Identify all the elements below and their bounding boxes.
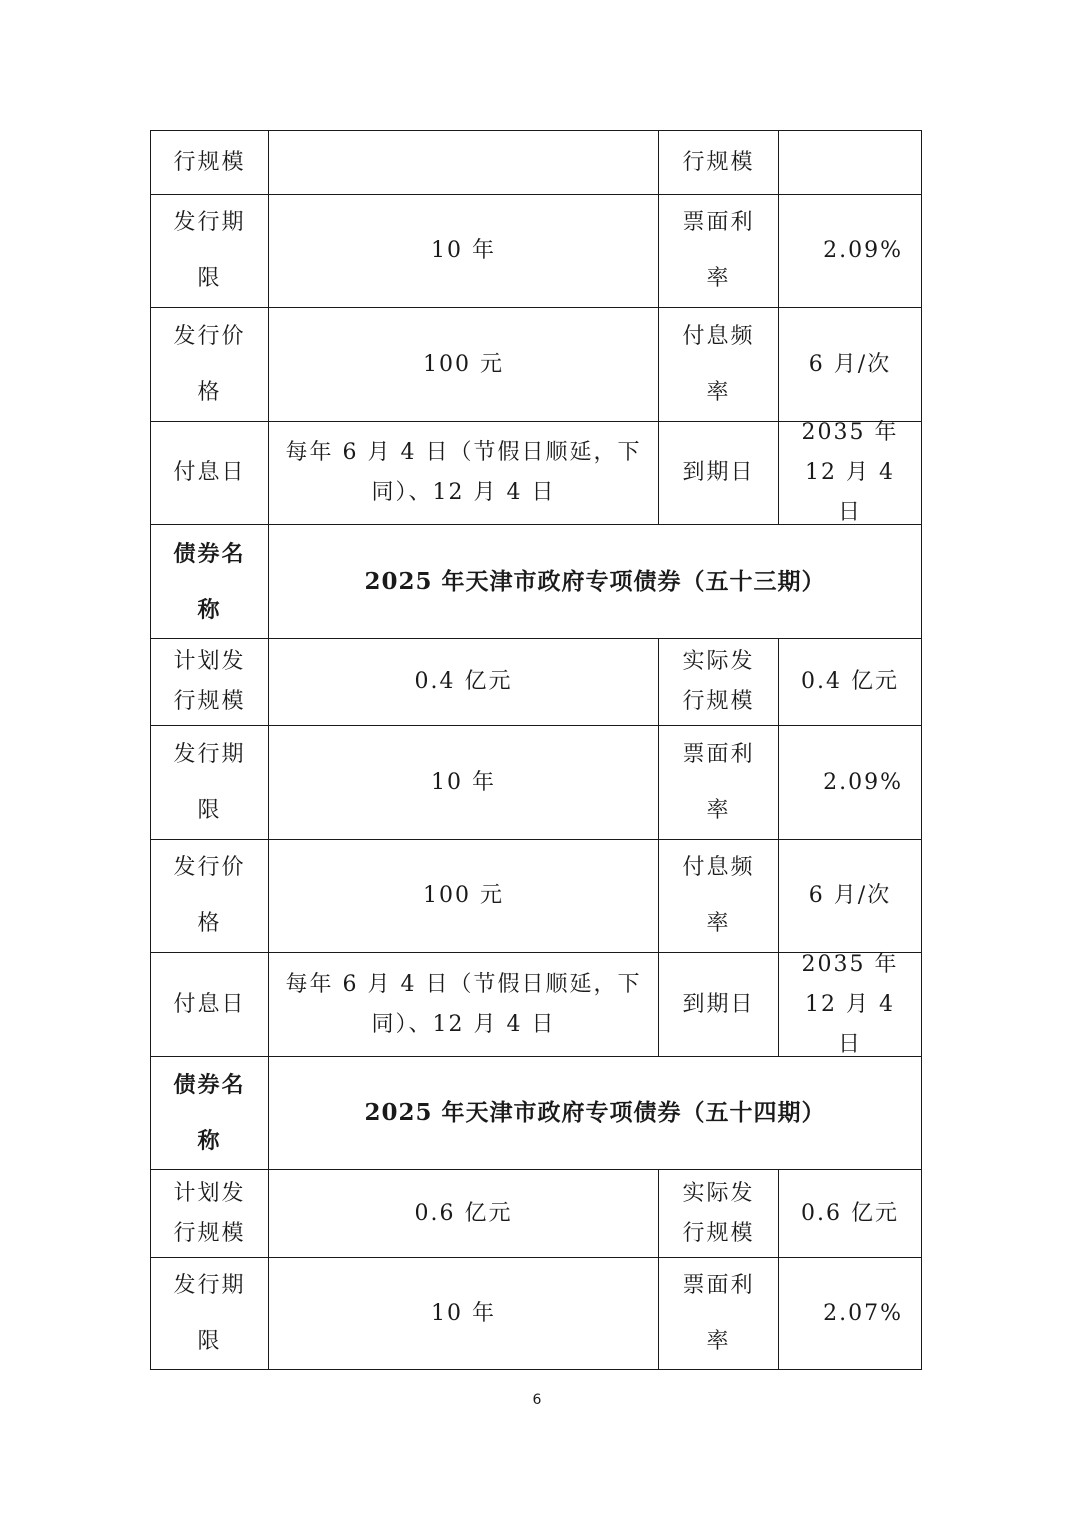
label-cell: 计划发行规模 — [150, 1169, 268, 1257]
value-cell: 10 年 — [268, 725, 658, 839]
page-number: 6 — [0, 1392, 1074, 1408]
row-value: 10 年 — [431, 755, 496, 811]
maturity-date: 2035 年 12 月 4 日 — [794, 945, 906, 1065]
label-cell: 付息日 — [150, 421, 268, 524]
bond-name: 2025 年天津市政府专项债券（五十四期） — [364, 1085, 825, 1141]
value-cell: 0.6 亿元 — [268, 1169, 658, 1257]
label-cell: 行规模 — [658, 130, 778, 194]
row-value: 每年 6 月 4 日（节假日顺延，下同）、12 月 4 日 — [279, 965, 649, 1045]
label-cell: 付息频率 — [658, 307, 778, 421]
row-label: 票面利率 — [677, 1258, 761, 1370]
label-cell: 债券名称 — [150, 1056, 268, 1169]
row-label: 发行期限 — [168, 1258, 252, 1370]
row-label: 计划发行规模 — [168, 1174, 252, 1254]
bond-name-cell: 2025 年天津市政府专项债券（五十三期） — [268, 524, 922, 638]
row-label: 到期日 — [682, 445, 754, 501]
table-row-price: 发行价格 100 元 付息频率 6 月/次 — [150, 839, 922, 952]
label-cell: 实际发行规模 — [658, 1169, 778, 1257]
coupon-rate: 2.09% — [823, 223, 903, 279]
table-row-bond-name: 债券名称 2025 年天津市政府专项债券（五十三期） — [150, 524, 922, 638]
planned-scale: 0.6 亿元 — [415, 1186, 513, 1242]
value-cell: 0.4 亿元 — [268, 638, 658, 725]
row-value: 每年 6 月 4 日（节假日顺延，下同）、12 月 4 日 — [279, 433, 649, 513]
label-cell: 债券名称 — [150, 524, 268, 638]
label-cell: 行规模 — [150, 130, 268, 194]
value-cell: 2.07% — [778, 1257, 922, 1370]
value-cell — [778, 130, 922, 194]
row-label: 发行期限 — [168, 727, 252, 839]
value-cell: 2035 年 12 月 4 日 — [778, 952, 922, 1056]
label-cell: 计划发行规模 — [150, 638, 268, 725]
row-label: 行规模 — [173, 135, 245, 191]
label-cell: 发行期限 — [150, 725, 268, 839]
row-value: 6 月/次 — [809, 337, 891, 393]
table-bottom-border — [150, 1369, 922, 1370]
value-cell: 2035 年 12 月 4 日 — [778, 421, 922, 524]
value-cell — [268, 130, 658, 194]
label-cell: 票面利率 — [658, 194, 778, 307]
label-cell: 发行价格 — [150, 839, 268, 952]
label-cell: 到期日 — [658, 421, 778, 524]
bond-name-cell: 2025 年天津市政府专项债券（五十四期） — [268, 1056, 922, 1169]
value-cell: 100 元 — [268, 839, 658, 952]
row-label: 计划发行规模 — [168, 642, 252, 722]
table-row-scale: 计划发行规模 0.6 亿元 实际发行规模 0.6 亿元 — [150, 1169, 922, 1257]
row-label: 发行价格 — [168, 840, 252, 952]
row-label: 债券名称 — [168, 526, 252, 638]
label-cell: 到期日 — [658, 952, 778, 1056]
label-cell: 发行期限 — [150, 1257, 268, 1370]
table-row-bond-name: 债券名称 2025 年天津市政府专项债券（五十四期） — [150, 1056, 922, 1169]
actual-scale: 0.6 亿元 — [801, 1186, 899, 1242]
value-cell: 每年 6 月 4 日（节假日顺延，下同）、12 月 4 日 — [268, 421, 658, 524]
row-label: 票面利率 — [677, 195, 761, 307]
label-cell: 票面利率 — [658, 1257, 778, 1370]
planned-scale: 0.4 亿元 — [415, 654, 513, 710]
value-cell: 10 年 — [268, 194, 658, 307]
table-row-term: 发行期限 10 年 票面利率 2.09% — [150, 725, 922, 839]
label-cell: 发行期限 — [150, 194, 268, 307]
label-cell: 付息频率 — [658, 839, 778, 952]
row-label: 债券名称 — [168, 1057, 252, 1169]
value-cell: 2.09% — [778, 725, 922, 839]
row-label: 行规模 — [682, 135, 754, 191]
value-cell: 0.4 亿元 — [778, 638, 922, 725]
row-label: 付息频率 — [677, 840, 761, 952]
coupon-rate: 2.09% — [823, 755, 903, 811]
value-cell: 每年 6 月 4 日（节假日顺延，下同）、12 月 4 日 — [268, 952, 658, 1056]
row-label: 付息日 — [173, 977, 245, 1033]
row-label: 发行期限 — [168, 195, 252, 307]
row-value: 100 元 — [423, 868, 504, 924]
row-label: 发行价格 — [168, 309, 252, 421]
coupon-rate: 2.07% — [823, 1286, 903, 1342]
label-cell: 发行价格 — [150, 307, 268, 421]
value-cell: 0.6 亿元 — [778, 1169, 922, 1257]
actual-scale: 0.4 亿元 — [801, 654, 899, 710]
table-row-issue-scale-cont: 行规模 行规模 — [150, 130, 922, 194]
row-label: 实际发行规模 — [677, 1174, 761, 1254]
value-cell: 6 月/次 — [778, 839, 922, 952]
value-cell: 6 月/次 — [778, 307, 922, 421]
row-value: 100 元 — [423, 337, 504, 393]
row-label: 付息日 — [173, 445, 245, 501]
table-row-term: 发行期限 10 年 票面利率 2.09% — [150, 194, 922, 307]
row-value: 6 月/次 — [809, 868, 891, 924]
table-row-term: 发行期限 10 年 票面利率 2.07% — [150, 1257, 922, 1370]
table-row-interest-date: 付息日 每年 6 月 4 日（节假日顺延，下同）、12 月 4 日 到期日 20… — [150, 421, 922, 524]
label-cell: 票面利率 — [658, 725, 778, 839]
value-cell: 100 元 — [268, 307, 658, 421]
label-cell: 实际发行规模 — [658, 638, 778, 725]
row-value: 10 年 — [431, 223, 496, 279]
table-row-interest-date: 付息日 每年 6 月 4 日（节假日顺延，下同）、12 月 4 日 到期日 20… — [150, 952, 922, 1056]
table-row-price: 发行价格 100 元 付息频率 6 月/次 — [150, 307, 922, 421]
maturity-date: 2035 年 12 月 4 日 — [794, 413, 906, 533]
bond-name: 2025 年天津市政府专项债券（五十三期） — [364, 554, 825, 610]
row-label: 票面利率 — [677, 727, 761, 839]
value-cell: 10 年 — [268, 1257, 658, 1370]
label-cell: 付息日 — [150, 952, 268, 1056]
table-row-scale: 计划发行规模 0.4 亿元 实际发行规模 0.4 亿元 — [150, 638, 922, 725]
value-cell: 2.09% — [778, 194, 922, 307]
row-label: 到期日 — [682, 977, 754, 1033]
row-label: 实际发行规模 — [677, 642, 761, 722]
row-label: 付息频率 — [677, 309, 761, 421]
row-value: 10 年 — [431, 1286, 496, 1342]
